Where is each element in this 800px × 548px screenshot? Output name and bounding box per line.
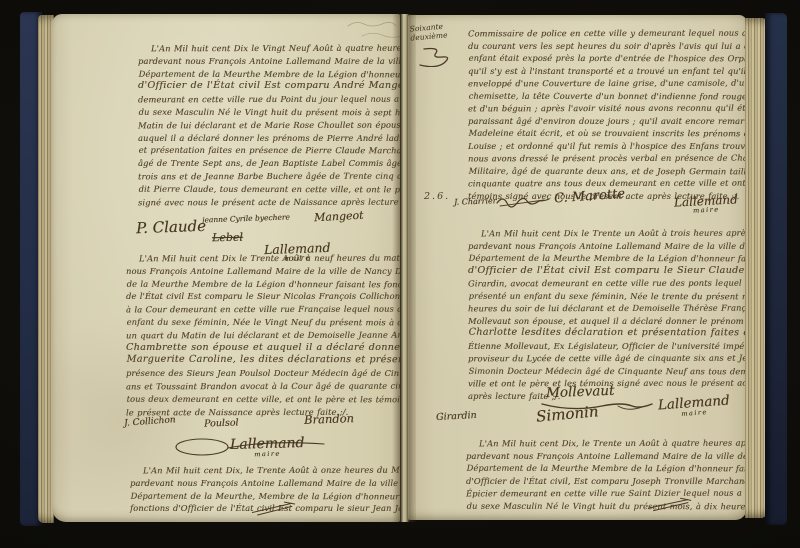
handwritten-line: enfant du sexe féminin, Née le Vingt Neu… [127, 316, 400, 329]
handwritten-line: Étienne Mollevaut, Ex Législateur, Offic… [468, 340, 746, 353]
handwritten-line: dit Pierre Claude, tous demeurant en cet… [139, 182, 400, 195]
handwritten-line: signé avec nous le présent acte de Naiss… [138, 195, 400, 208]
handwritten-line: trois ans et de Jeanne Barbe Buchere âgé… [138, 170, 400, 183]
handwritten-line: Département de la Meurthe Membre de la L… [139, 67, 400, 80]
signature-girardin: Girardin [436, 410, 477, 423]
handwritten-line: d'Officier de l'État civil Est comparu l… [468, 265, 746, 278]
handwritten-line: pardevant nous François Antoine Lalleman… [468, 240, 746, 253]
handwritten-line: nous avons dressé le présent procès verb… [468, 152, 746, 165]
handwritten-line: L'An Mil huit cent Dix, le Trente un Aoû… [466, 437, 746, 450]
birth-act-collichon: L'An Mil huit cent Dix le Trente Août à … [126, 252, 400, 418]
signature-lallemand-maire: Lallemand maire [657, 393, 730, 419]
handwritten-line: Girardin, avocat demeurant en cette vill… [468, 277, 746, 290]
handwritten-line: pardevant nous François Antoine Lalleman… [130, 477, 400, 490]
handwritten-line: proviseur du Lycée de cette ville âgé de… [468, 352, 746, 365]
signature-poulsol: Poulsol [204, 417, 239, 429]
birth-act-mangeot: L'An Mil huit cent Dix le Vingt Neuf Aoû… [138, 42, 400, 208]
page-edges-right [745, 18, 767, 518]
handwritten-line: Épicier demeurant en cette ville rue Sai… [466, 487, 746, 500]
handwritten-line: d'Officier de l'État civil Est comparu A… [138, 80, 400, 93]
handwritten-line: pardevant nous François Antoine Lalleman… [138, 55, 400, 68]
handwritten-line: Chambrette son épouse et auquel il a déc… [126, 342, 400, 355]
handwritten-line: L'An Mil huit cent Dix le Trente un Août… [468, 227, 746, 240]
handwritten-line: enveloppé d'une Couverture de laine gris… [468, 77, 746, 90]
handwritten-line: présence des Sieurs Jean Poulsol Docteur… [126, 367, 400, 380]
handwritten-line: Marguerite Caroline, les dites déclarati… [127, 354, 400, 367]
handwritten-line: Madeleine était écrit, et où se trouvaie… [469, 127, 747, 140]
left-page: L'An Mil huit cent Dix le Vingt Neuf Aoû… [52, 14, 400, 522]
handwritten-line: Louise ; et ordonné qu'il fut remis à l'… [468, 140, 746, 153]
signature-brandon: Brandon [304, 411, 354, 427]
handwritten-line: pardevant nous François Antoine Lalleman… [466, 450, 746, 463]
birth-act-tronville-start: L'An Mil huit cent Dix, le Trente un Aoû… [466, 437, 746, 512]
book-cover-right [765, 13, 787, 525]
handwritten-line: Commissaire de police en cette ville y d… [468, 27, 746, 40]
handwritten-line: un quart du Matin de lui déclarant et de… [126, 328, 400, 342]
handwritten-line: enfant était exposé près la porte d'entr… [469, 52, 747, 65]
handwritten-line: de la Meurthe Membre de la Légion d'honn… [127, 277, 400, 290]
handwritten-line: Mollevaut son épouse, et auquel il a déc… [468, 315, 746, 328]
faint-ink-scribble [340, 16, 400, 46]
signature-jeanne-buchere: jeanne Cyrile byechere [202, 212, 290, 224]
handwritten-line: nous François Antoine Lallemand Maire de… [126, 265, 400, 278]
signature-collichon: J. Collichon [124, 415, 176, 429]
foundling-act-madeleine: Commissaire de police en cette ville y d… [468, 27, 746, 202]
handwritten-line: présenté un enfant du sexe féminin, Née … [469, 289, 747, 302]
handwritten-line: heures du soir de lui déclarant et de De… [468, 302, 746, 315]
handwritten-line: qu'il s'y est à l'instant transporté et … [468, 65, 746, 78]
handwritten-line: Militaire, âgé de quarante deux ans, et … [469, 164, 747, 177]
signature-lallemand-maire: Lallemand maire [674, 192, 739, 214]
handwritten-line: Département de la Meurthe Membre de la L… [469, 252, 747, 265]
handwritten-line: Département de la Meurthe, Membre de la … [131, 489, 400, 502]
handwritten-line: demeurant en cette ville rue du Point du… [138, 93, 400, 106]
handwritten-line: d'Officier de l'État civil, Est comparu … [466, 475, 746, 488]
signature-lallemand-maire: Lallemand maire [264, 240, 331, 262]
handwritten-line: tous deux demeurant en cette ville, et o… [127, 392, 400, 405]
signature-charrier: J. Charrier [454, 196, 497, 206]
folio-mark: 2.6. [424, 191, 450, 202]
handwritten-line: de l'État civil Est comparu le Sieur Nic… [126, 290, 400, 303]
signature-paraph-scrawl [494, 193, 552, 209]
handwritten-line: et présentation faites en présence de Pi… [139, 144, 400, 157]
signature-lallemand-maire: Lallemand maire [230, 435, 305, 458]
handwritten-line: paraissant âgé d'environ douze jours ; q… [468, 115, 746, 128]
photograph-background: L'An Mil huit cent Dix le Vingt Neuf Aoû… [0, 0, 800, 548]
handwritten-line: du sexe Masculin Né le Vingt huit du pré… [139, 106, 400, 119]
handwritten-line: du sexe Masculin Né le Vingt huit du pré… [467, 499, 747, 512]
handwritten-line: auquel il a déclaré donner les prénoms d… [138, 132, 400, 145]
handwritten-line: chemisette, la tête Couverte d'un bonnet… [469, 89, 747, 102]
handwritten-line: Département de la Meurthe Membre de la L… [467, 462, 747, 475]
margin-paraph-squiggle [414, 45, 454, 67]
signature-lebel: Lebel [212, 231, 243, 245]
handwritten-line: Charlotte lesdites déclaration et présen… [469, 327, 747, 340]
handwritten-line: et d'un béguin ; après l'avoir visité no… [468, 102, 746, 115]
handwritten-line: âgé de Trente Sept ans, de Jean Baptiste… [138, 157, 400, 170]
book-gutter [392, 14, 416, 522]
handwritten-line: du courant vers les sept heures du soir … [468, 40, 746, 53]
birth-act-girardin: L'An Mil huit cent Dix le Trente un Août… [468, 227, 746, 402]
right-page: Soixante deuxième Commissaire de police … [408, 15, 747, 520]
handwritten-line: L'An Mil huit cent Dix le Trente Août à … [126, 252, 400, 266]
handwritten-line: ans et Toussaint Brandon avocat à la Cou… [126, 380, 400, 394]
signature-mangeot: Mangeot [314, 209, 364, 225]
signature-claude: P. Claude [136, 217, 207, 237]
handwritten-line: L'An Mil huit cent Dix, le Trente Août à… [130, 464, 400, 478]
handwritten-line: Simonin Docteur Médecin âgé de Cinquante… [469, 364, 747, 377]
handwritten-line: Matin de lui déclarant et de Marie Rose … [138, 118, 400, 131]
handwritten-line: à la Cour demeurant en cette ville rue F… [126, 303, 400, 317]
